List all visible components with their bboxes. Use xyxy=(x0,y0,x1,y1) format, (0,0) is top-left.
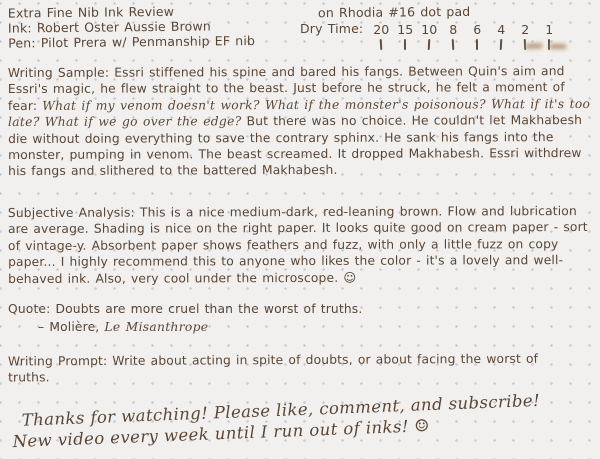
quote-attribution: – Molière, Le Misanthrope xyxy=(38,319,568,335)
dry-time-label: Dry Time: xyxy=(300,21,363,36)
dot-grid-paper: Extra Fine Nib Ink Review Ink: Robert Os… xyxy=(0,0,600,459)
dry-time-col: 8 xyxy=(441,23,465,50)
smiley-icon: ☺ xyxy=(343,270,356,284)
dry-time-value: 10 xyxy=(421,23,437,37)
dry-time-test: Dry Time: 20151086421 xyxy=(300,21,592,50)
review-header: Extra Fine Nib Ink Review Ink: Robert Os… xyxy=(8,2,308,51)
dry-time-row: 20151086421 xyxy=(369,23,561,50)
dry-time-tick xyxy=(548,39,550,50)
sign-off-section: Thanks for watching! Please like, commen… xyxy=(21,388,582,451)
dry-time-col: 10 xyxy=(417,23,441,50)
quote-attribution-author: – Molière, xyxy=(38,320,104,334)
writing-sample-paragraph: Writing Sample: Essri stiffened his spin… xyxy=(8,63,594,180)
subjective-analysis-paragraph: Subjective Analysis: This is a nice medi… xyxy=(8,203,594,287)
dry-time-value: 15 xyxy=(397,23,413,37)
dry-time-value: 1 xyxy=(545,23,553,37)
dry-time-tick xyxy=(524,39,527,50)
dry-time-col: 2 xyxy=(513,23,537,50)
dry-time-tick xyxy=(404,39,406,50)
dry-time-col: 15 xyxy=(393,23,417,50)
dry-time-value: 2 xyxy=(521,23,529,37)
dry-time-col: 6 xyxy=(465,23,489,50)
quote-text: Quote: Doubts are more cruel than the wo… xyxy=(8,302,362,316)
dry-time-value: 6 xyxy=(473,23,481,37)
quote-section: Quote: Doubts are more cruel than the wo… xyxy=(8,301,568,336)
dry-time-section: on Rhodia #16 dot pad Dry Time: 20151086… xyxy=(300,4,592,50)
subjective-analysis-text: Subjective Analysis: This is a nice medi… xyxy=(8,204,588,286)
pen-name-line: Pen: Pilot Prera w/ Penmanship EF nib xyxy=(8,33,308,51)
dry-time-col: 4 xyxy=(489,23,513,50)
dry-time-tick xyxy=(476,39,478,50)
smiley-icon: ☺ xyxy=(414,416,430,436)
paper-type-line: on Rhodia #16 dot pad xyxy=(318,3,592,20)
dry-time-tick xyxy=(452,39,455,50)
dry-time-value: 8 xyxy=(449,23,457,37)
dry-time-tick xyxy=(500,39,503,50)
dry-time-tick xyxy=(380,39,383,50)
quote-attribution-work: Le Misanthrope xyxy=(104,320,208,334)
dry-time-tick xyxy=(428,39,431,50)
writing-prompt-label: Writing Prompt: xyxy=(8,354,107,369)
writing-prompt-section: Writing Prompt: Write about acting in sp… xyxy=(8,351,574,387)
dry-time-value: 4 xyxy=(497,23,505,37)
dry-time-value: 20 xyxy=(373,23,389,37)
dry-time-col: 20 xyxy=(369,23,393,50)
